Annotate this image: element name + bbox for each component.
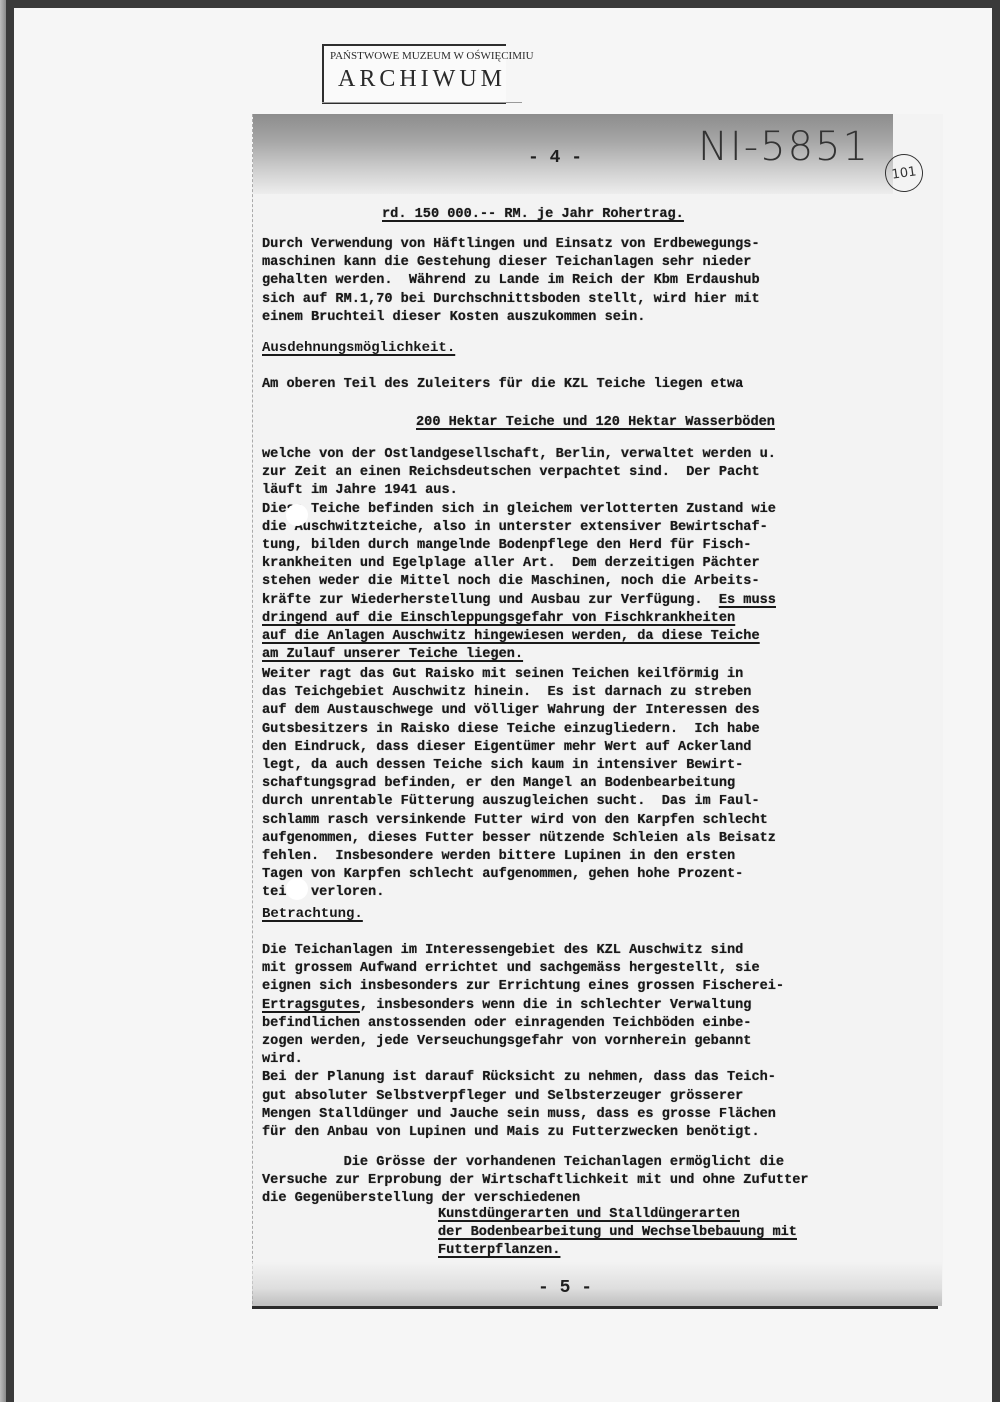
punch-hole: [286, 504, 308, 526]
text-line: welche von der Ostlandgesellschaft, Berl…: [262, 446, 776, 464]
text-line: schaftungsgrad befinden, er den Mangel a…: [262, 775, 776, 793]
text-line: Kunstdüngerarten und Stalldüngerarten: [438, 1206, 797, 1224]
text-line: sich auf RM.1,70 bei Durchschnittsboden …: [262, 291, 760, 309]
paragraph-ostland: welche von der Ostlandgesellschaft, Berl…: [262, 446, 776, 664]
text-line: Diese Teiche befinden sich in gleichem v…: [262, 501, 776, 519]
text-line: die Auschwitzteiche, also in unterster e…: [262, 519, 776, 537]
text-line: eignen sich insbesonders zur Errichtung …: [262, 978, 784, 996]
text-line: gut absoluter Selbstverpfleger und Selbs…: [262, 1088, 784, 1106]
text-line: zogen werden, jede Verseuchungsgefahr vo…: [262, 1033, 784, 1051]
text-line: für den Anbau von Lupinen und Mais zu Fu…: [262, 1124, 784, 1142]
stamp-institution: PAŃSTWOWE MUZEUM W OŚWIĘCIMIU: [330, 50, 534, 62]
text-line: das Teichgebiet Auschwitz hinein. Es ist…: [262, 684, 776, 702]
text-line: teile verloren.: [262, 884, 776, 902]
paragraph-costs: Durch Verwendung von Häftlingen und Eins…: [262, 236, 760, 327]
paragraph-trials-list: Kunstdüngerarten und Stalldüngerartender…: [438, 1206, 797, 1261]
text-line: gehalten werden. Während zu Lande im Rei…: [262, 272, 760, 290]
text-line: der Bodenbearbeitung und Wechselbebauung…: [438, 1224, 797, 1242]
stamp-underline: [322, 102, 522, 103]
paragraph-expansion-highlight: 200 Hektar Teiche und 120 Hektar Wasserb…: [416, 414, 775, 432]
scan-edge: [0, 0, 6, 1402]
paragraph-expansion-intro: Am oberen Teil des Zuleiters für die KZL…: [262, 376, 743, 394]
heading-consideration: Betrachtung.: [262, 906, 363, 922]
sheet-bottom-edge: [252, 1306, 938, 1309]
paragraph-trials: Die Grösse der vorhandenen Teichanlagen …: [262, 1154, 809, 1209]
page-number-top: - 4 -: [520, 148, 590, 168]
text-line: Durch Verwendung von Häftlingen und Eins…: [262, 236, 760, 254]
document-number: NI-5851: [698, 124, 870, 170]
text-line: auf die Anlagen Auschwitz hingewiesen we…: [262, 628, 776, 646]
text-line: mit grossem Aufwand errichtet und sachge…: [262, 960, 784, 978]
stamp-label: ARCHIWUM: [338, 66, 506, 93]
text-line: am Zulauf unserer Teiche liegen.: [262, 646, 776, 664]
text-line: Tagen von Karpfen schlecht aufgenommen, …: [262, 866, 776, 884]
text-line: Futterpflanzen.: [438, 1242, 797, 1260]
text-line: krankheiten und Egelplage aller Art. Dem…: [262, 555, 776, 573]
text-line: den Eindruck, dass dieser Eigentümer meh…: [262, 739, 776, 757]
text-line: durch unrentable Fütterung auszugleichen…: [262, 793, 776, 811]
text-line: Gutsbesitzers in Raisko diese Teiche ein…: [262, 721, 776, 739]
text-line: Ertragsgutes, insbesonders wenn die in s…: [262, 997, 784, 1015]
text-line: schlamm rasch versinkende Futter wird vo…: [262, 812, 776, 830]
text-line: Weiter ragt das Gut Raisko mit seinen Te…: [262, 666, 776, 684]
punch-hole: [286, 878, 308, 900]
text-line: zur Zeit an einen Reichsdeutschen verpac…: [262, 464, 776, 482]
paragraph-raisko: Weiter ragt das Gut Raisko mit seinen Te…: [262, 666, 776, 903]
text-line: Die Grösse der vorhandenen Teichanlagen …: [262, 1154, 809, 1172]
archive-stamp: PAŃSTWOWE MUZEUM W OŚWIĘCIMIU ARCHIWUM: [322, 44, 506, 104]
page-number-bottom: - 5 -: [530, 1278, 600, 1298]
text-line: tung, bilden durch mangelnde Bodenpflege…: [262, 537, 776, 555]
text-line: Die Teichanlagen im Interessengebiet des…: [262, 942, 784, 960]
text-line: Mengen Stalldünger und Jauche sein muss,…: [262, 1106, 784, 1124]
yield-line: rd. 150 000.-- RM. je Jahr Rohertrag.: [382, 206, 684, 224]
heading-expansion: Ausdehnungsmöglichkeit.: [262, 340, 455, 356]
text-line: Versuche zur Erprobung der Wirtschaftlic…: [262, 1172, 809, 1190]
text-line: legt, da auch dessen Teiche sich kaum in…: [262, 757, 776, 775]
text-line: einem Bruchteil dieser Kosten auszukomme…: [262, 309, 760, 327]
text-line: Bei der Planung ist darauf Rücksicht zu …: [262, 1069, 784, 1087]
text-line: auf dem Austauschwege und völliger Wahru…: [262, 702, 776, 720]
text-line: befindlichen anstossenden oder einragend…: [262, 1015, 784, 1033]
paragraph-consideration: Die Teichanlagen im Interessengebiet des…: [262, 942, 784, 1142]
text-line: aufgenommen, dieses Futter besser nützen…: [262, 830, 776, 848]
text-line: fehlen. Insbesondere werden bittere Lupi…: [262, 848, 776, 866]
text-line: stehen weder die Mittel noch die Maschin…: [262, 573, 776, 591]
text-line: kräfte zur Wiederherstellung und Ausbau …: [262, 592, 776, 610]
text-line: wird.: [262, 1051, 784, 1069]
text-line: läuft im Jahre 1941 aus.: [262, 482, 776, 500]
text-line: dringend auf die Einschleppungsgefahr vo…: [262, 610, 776, 628]
text-line: maschinen kann die Gestehung dieser Teic…: [262, 254, 760, 272]
